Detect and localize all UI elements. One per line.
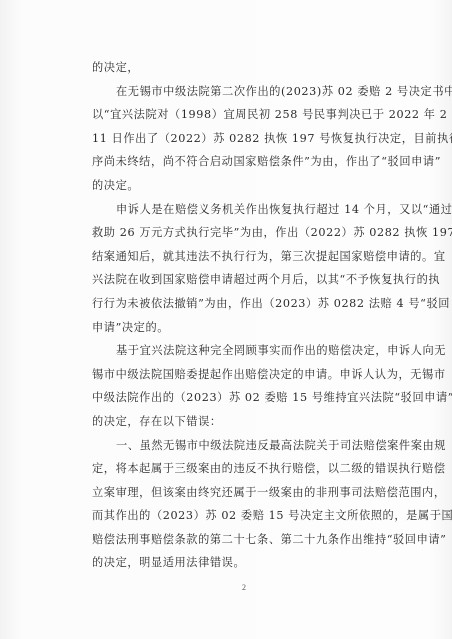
text-line: 锡市中级法院国赔委提起作出赔偿决定的申请。申诉人认为，无锡市 [92, 363, 414, 387]
document-page: 的决定， 在无锡市中级法院第二次作出的(2023)苏 02 委赔 2 号决定书中… [0, 0, 452, 639]
text-line: 中级法院作出的（2023）苏 02 委赔 15 号维持宜兴法院“驳回申请” [92, 386, 414, 410]
page-number: 2 [242, 583, 246, 592]
paragraph-continuation: 的决定， [92, 56, 414, 80]
text-line: 一、虽然无锡市中级法院违反最高法院关于司法赔偿案件案由规 [92, 434, 414, 458]
text-line: 定，将本起属于三级案由的违反不执行赔偿，以二级的错误执行赔偿 [92, 457, 414, 481]
text-line: 立案审理，但该案由终究还属于一级案由的非刑事司法赔偿范围内， [92, 481, 414, 505]
text-line: 申诉人是在赔偿义务机关作出恢复执行超过 14 个月，又以“通过 [92, 198, 414, 222]
text-line: 在无锡市中级法院第二次作出的(2023)苏 02 委赔 2 号决定书中， [92, 80, 414, 104]
text-line: 申请”决定的。 [92, 316, 414, 340]
text-line: 序尚未终结，尚不符合启动国家赔偿条件”为由，作出了“驳回申请” [92, 150, 414, 174]
paragraph-error-one: 一、虽然无锡市中级法院违反最高法院关于司法赔偿案件案由规 定，将本起属于三级案由… [92, 434, 414, 576]
text-line: 基于宜兴法院这种完全罔顾事实而作出的赔偿决定，申诉人向无 [92, 339, 414, 363]
text-line: 赔偿法刑事赔偿条款的第二十七条、第二十九条作出维持“驳回申请” [92, 528, 414, 552]
text-line: 而其作出的（2023）苏 02 委赔 15 号决定主文所依照的，是属于国家 [92, 504, 414, 528]
text-line: 以“宜兴法院对（1998）宜周民初 258 号民事判决已于 2022 年 2 月 [92, 103, 414, 127]
text-line: 的决定，明显适用法律错误。 [92, 551, 414, 575]
text-line: 救助 26 万元方式执行完毕”为由，作出（2022）苏 0282 执恢 197 … [92, 221, 414, 245]
document-body: 的决定， 在无锡市中级法院第二次作出的(2023)苏 02 委赔 2 号决定书中… [92, 56, 414, 575]
text-line: 的决定， [92, 56, 414, 80]
text-line: 结案通知后，就其违法不执行行为，第三次提起国家赔偿申请的。宜 [92, 245, 414, 269]
text-line: 11 日作出了（2022）苏 0282 执恢 197 号恢复执行决定，目前执行程 [92, 127, 414, 151]
paragraph-second-decision: 在无锡市中级法院第二次作出的(2023)苏 02 委赔 2 号决定书中， 以“宜… [92, 80, 414, 198]
text-line: 行行为未被依法撤销”为由，作出（2023）苏 0282 法赔 4 号“驳回 [92, 292, 414, 316]
text-line: 兴法院在收到国家赔偿申请超过两个月后，以其“不予恢复执行的执 [92, 268, 414, 292]
text-line: 的决定。 [92, 174, 414, 198]
paragraph-appeal: 基于宜兴法院这种完全罔顾事实而作出的赔偿决定，申诉人向无 锡市中级法院国赔委提起… [92, 339, 414, 433]
paragraph-third-application: 申诉人是在赔偿义务机关作出恢复执行超过 14 个月，又以“通过 救助 26 万元… [92, 198, 414, 340]
text-line: 的决定，存在以下错误： [92, 410, 414, 434]
